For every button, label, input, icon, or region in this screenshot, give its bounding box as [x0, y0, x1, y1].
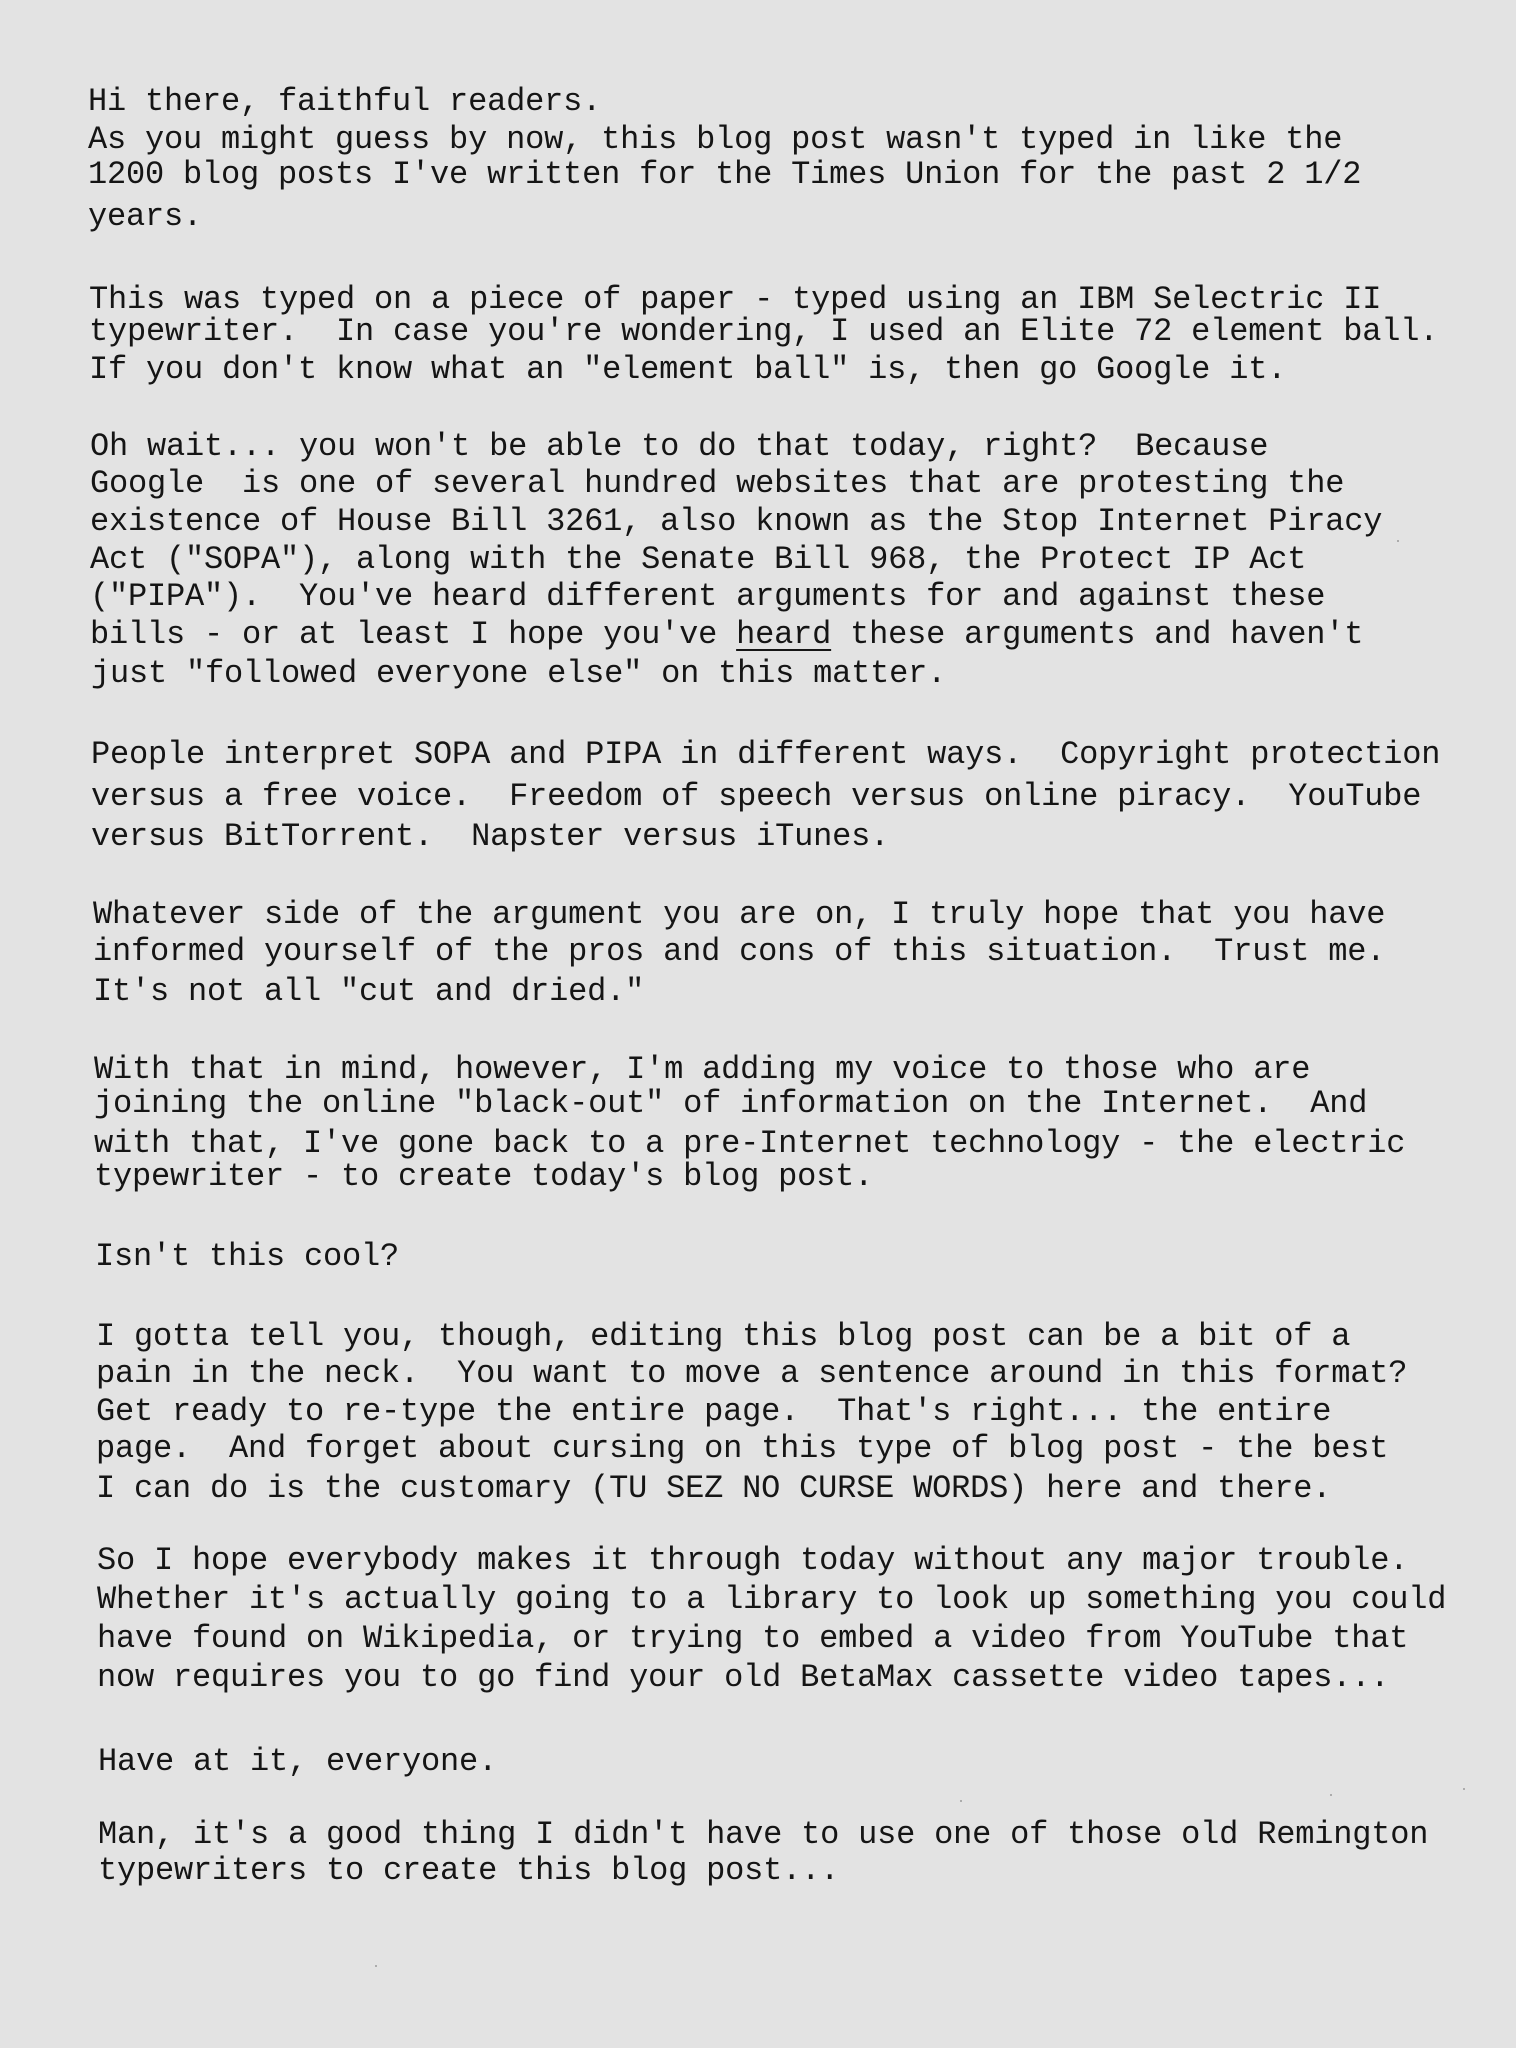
- text-line: versus BitTorrent. Napster versus iTunes…: [91, 821, 889, 853]
- text-line: So I hope everybody makes it through tod…: [97, 1545, 1408, 1577]
- text-line: page. And forget about cursing on this t…: [96, 1433, 1388, 1465]
- paper-speck: [1330, 1794, 1332, 1796]
- text-line: This was typed on a piece of paper - typ…: [89, 284, 1381, 316]
- text-line: existence of House Bill 3261, also known…: [90, 506, 1382, 538]
- text-line: Oh wait... you won't be able to do that …: [90, 431, 1268, 463]
- text-line: with that, I've gone back to a pre-Inter…: [94, 1128, 1405, 1160]
- text-line: With that in mind, however, I'm adding m…: [94, 1054, 1310, 1086]
- text-line: ("PIPA"). You've heard different argumen…: [90, 581, 1325, 613]
- text-line: just "followed everyone else" on this ma…: [91, 658, 946, 690]
- text-line: joining the online "black-out" of inform…: [94, 1088, 1367, 1120]
- text-line: typewriter - to create today's blog post…: [94, 1161, 873, 1193]
- text-line: now requires you to go find your old Bet…: [97, 1662, 1389, 1694]
- paper-speck: [1397, 540, 1399, 542]
- text-line: typewriters to create this blog post...: [98, 1855, 839, 1887]
- text-line: Man, it's a good thing I didn't have to …: [98, 1819, 1428, 1851]
- text-line: Google is one of several hundred website…: [90, 468, 1344, 500]
- text-line: have found on Wikipedia, or trying to em…: [97, 1623, 1408, 1655]
- text-line-with-underline: bills - or at least I hope you've heard …: [90, 619, 1363, 651]
- text-line: years.: [88, 201, 202, 233]
- paper-speck: [1463, 1788, 1465, 1790]
- underlined-word: heard: [736, 616, 831, 653]
- text-span: these arguments and haven't: [831, 616, 1363, 653]
- paper-speck: [960, 1800, 962, 1802]
- text-line: Have at it, everyone.: [98, 1746, 497, 1778]
- text-span: bills - or at least I hope you've: [90, 616, 736, 653]
- text-line: Whatever side of the argument you are on…: [93, 899, 1385, 931]
- text-line: It's not all "cut and dried.": [93, 976, 644, 1008]
- typewritten-page: Hi there, faithful readers. As you might…: [0, 0, 1516, 2048]
- text-line: Whether it's actually going to a library…: [97, 1584, 1446, 1616]
- text-line: Get ready to re-type the entire page. Th…: [96, 1396, 1331, 1428]
- text-line: Hi there, faithful readers.: [88, 86, 601, 118]
- text-line: 1200 blog posts I've written for the Tim…: [88, 159, 1361, 191]
- text-line: I gotta tell you, though, editing this b…: [96, 1321, 1350, 1353]
- text-line: I can do is the customary (TU SEZ NO CUR…: [96, 1473, 1331, 1505]
- text-line: Act ("SOPA"), along with the Senate Bill…: [90, 544, 1306, 576]
- text-line: People interpret SOPA and PIPA in differ…: [91, 739, 1440, 771]
- text-line: As you might guess by now, this blog pos…: [88, 124, 1342, 156]
- text-line: informed yourself of the pros and cons o…: [93, 936, 1385, 968]
- paper-speck: [375, 1965, 377, 1967]
- text-line: versus a free voice. Freedom of speech v…: [91, 781, 1421, 813]
- text-line: typewriter. In case you're wondering, I …: [89, 316, 1438, 348]
- text-line: If you don't know what an "element ball"…: [89, 354, 1286, 386]
- text-line: pain in the neck. You want to move a sen…: [96, 1358, 1407, 1390]
- text-line: Isn't this cool?: [95, 1241, 399, 1273]
